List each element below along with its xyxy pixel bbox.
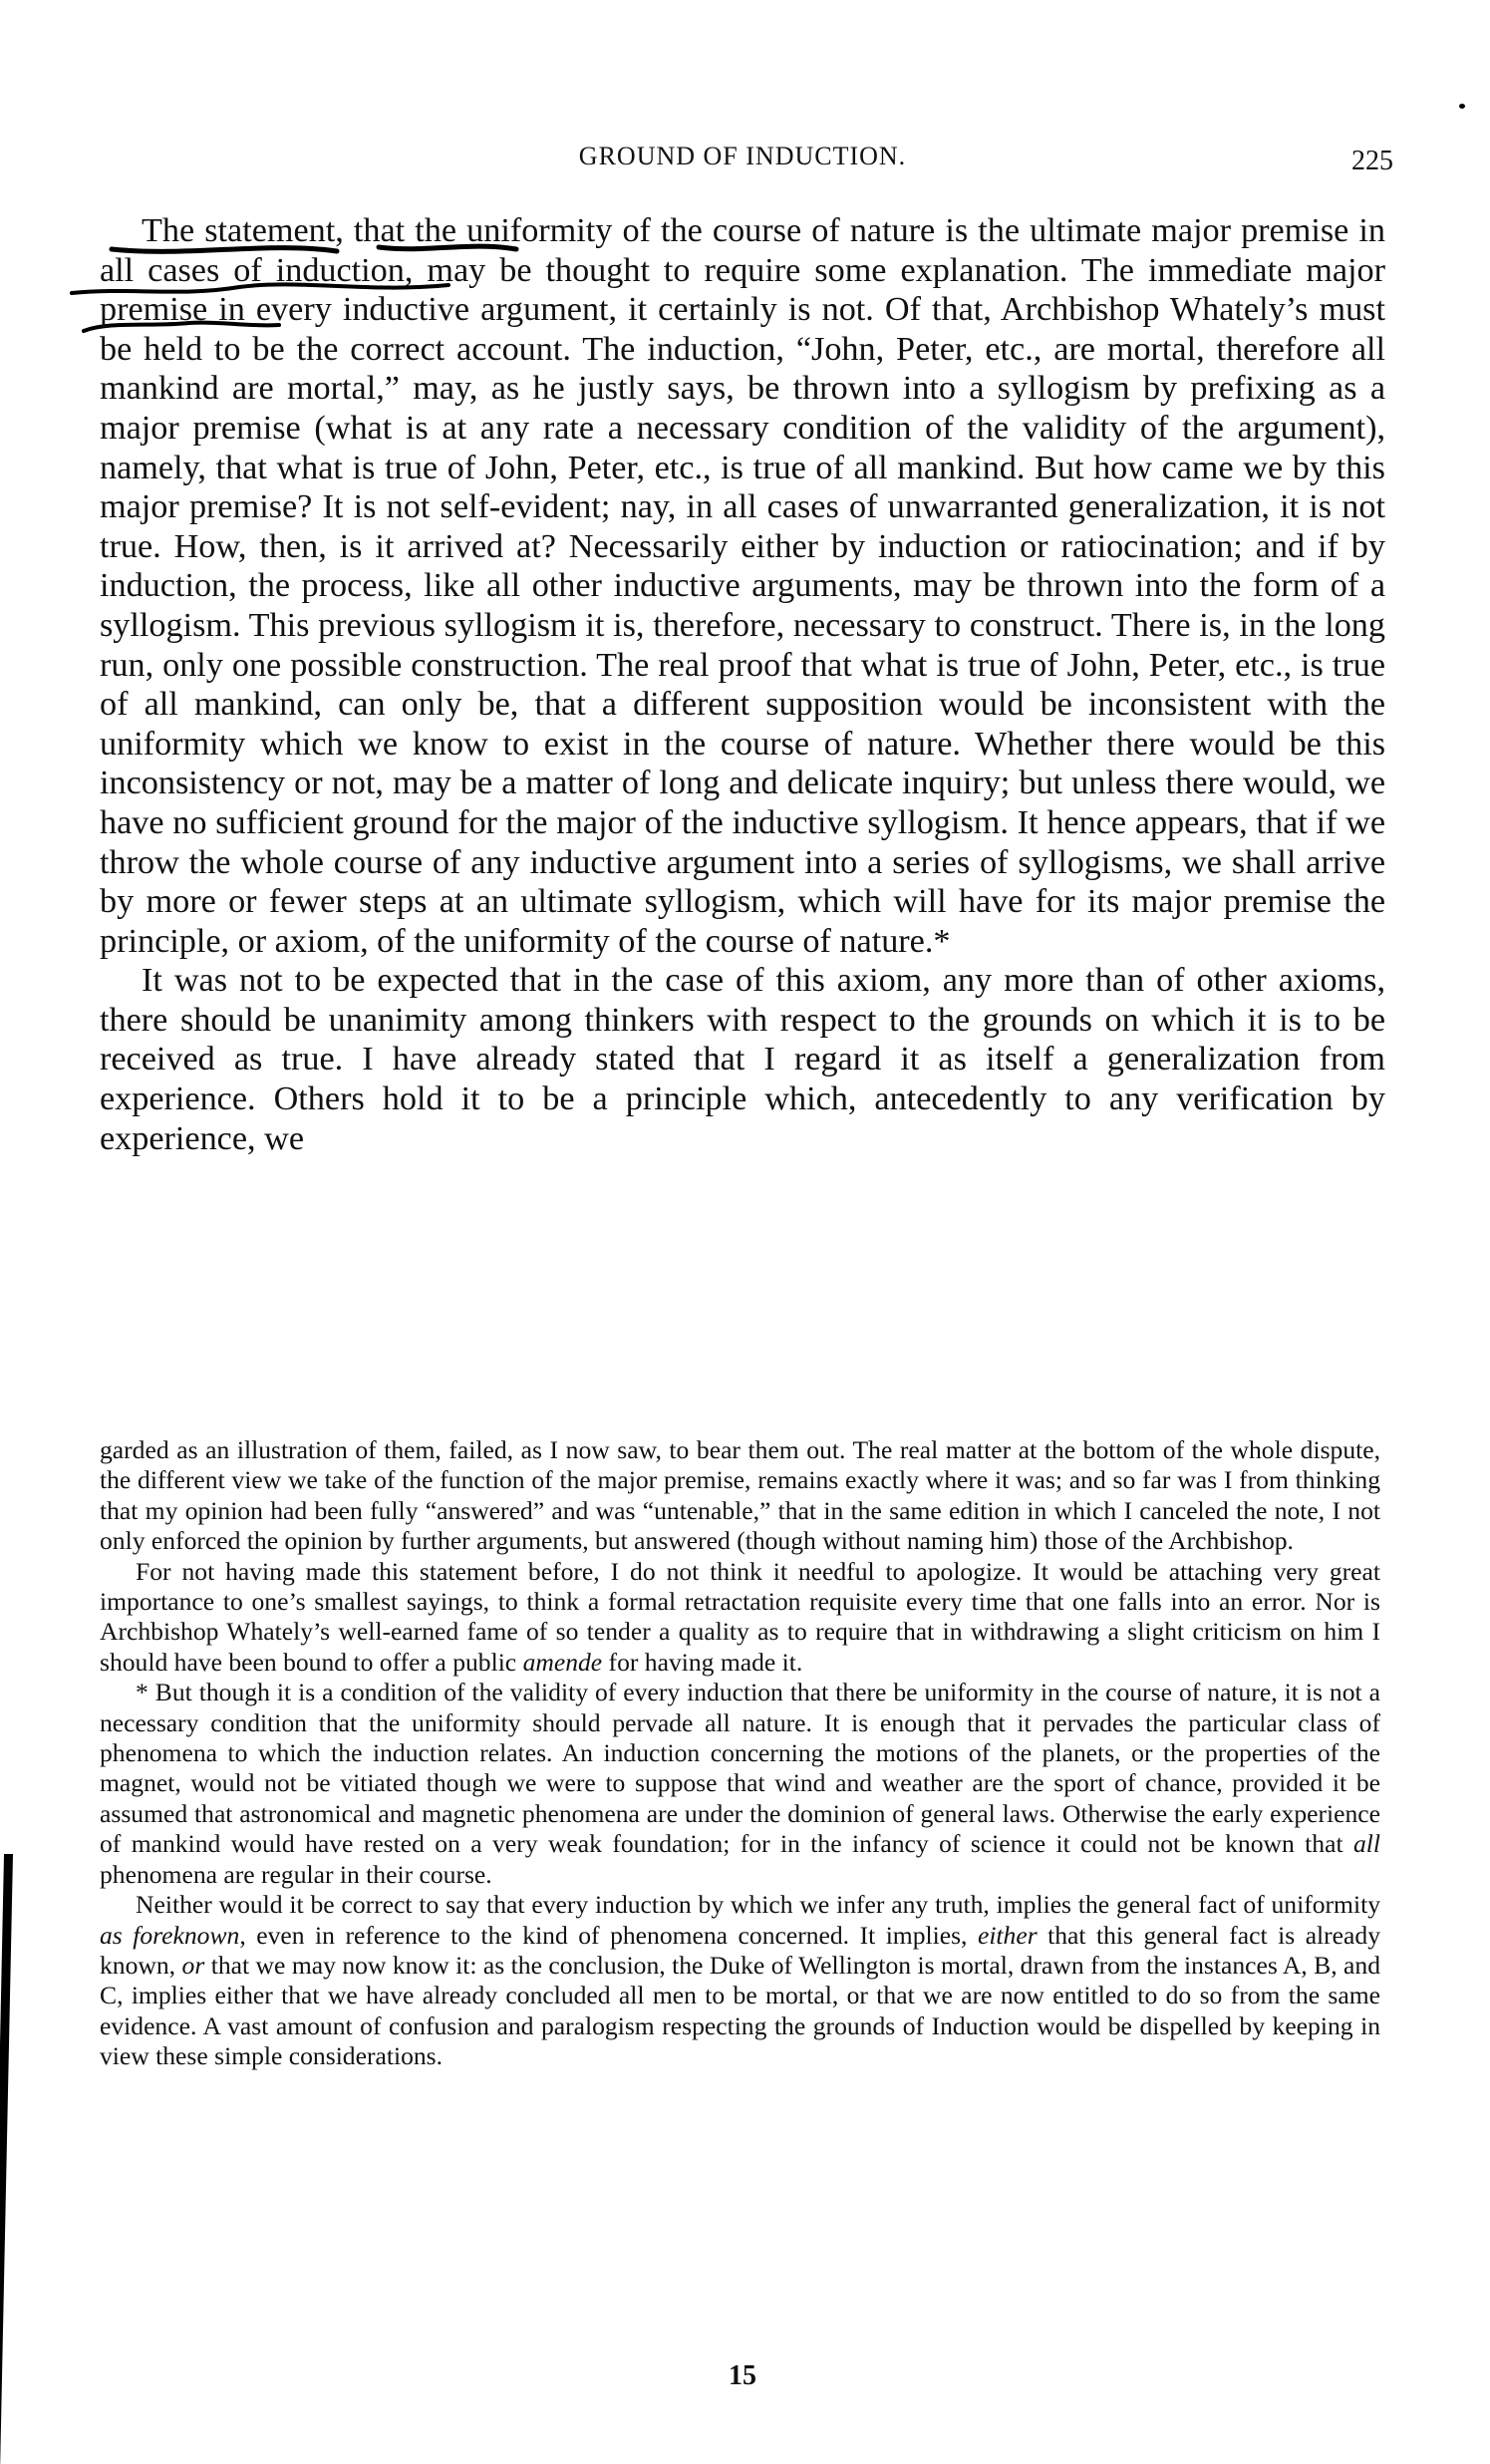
footnote-apology: For not having made this statement befor…	[100, 1557, 1380, 1679]
page-number: 225	[1351, 146, 1393, 177]
binding-edge-shadow	[0, 1854, 13, 2464]
footnote-star-italic: all	[1353, 1829, 1380, 1858]
footnote-neither-text-1: Neither would it be correct to say that …	[136, 1890, 1380, 1919]
footnote-neither-italic-1: as foreknown	[100, 1921, 239, 1950]
paragraph-uniformity-premise: The statement, that the uniformity of th…	[100, 211, 1385, 961]
paragraph-axiom-grounds: It was not to be expected that in the ca…	[100, 961, 1385, 1158]
footnotes: garded as an illustration of them, faile…	[100, 1435, 1380, 2072]
footnote-neither: Neither would it be correct to say that …	[100, 1890, 1380, 2071]
footnote-neither-text-2: , even in reference to the kind of pheno…	[239, 1921, 978, 1950]
scan-speck	[1459, 104, 1465, 109]
footnote-star-end: phenomena are regular in their course.	[100, 1860, 492, 1889]
running-title: GROUND OF INDUCTION.	[100, 142, 1385, 171]
main-text: The statement, that the uniformity of th…	[100, 211, 1385, 1158]
footnote-neither-italic-3: or	[182, 1951, 205, 1980]
footnote-neither-text-4: that we may now know it: as the conclusi…	[100, 1951, 1380, 2070]
footnote-continued: garded as an illustration of them, faile…	[100, 1435, 1380, 1557]
footnote-neither-italic-2: either	[978, 1921, 1038, 1950]
footnote-apology-end: for having made it.	[602, 1648, 802, 1677]
footnote-star: * But though it is a condition of the va…	[100, 1678, 1380, 1890]
signature-mark: 15	[100, 2360, 1385, 2392]
footnote-apology-italic: amende	[523, 1648, 603, 1677]
footnote-star-text: * But though it is a condition of the va…	[100, 1678, 1380, 1858]
running-head: GROUND OF INDUCTION. 225	[100, 138, 1385, 177]
